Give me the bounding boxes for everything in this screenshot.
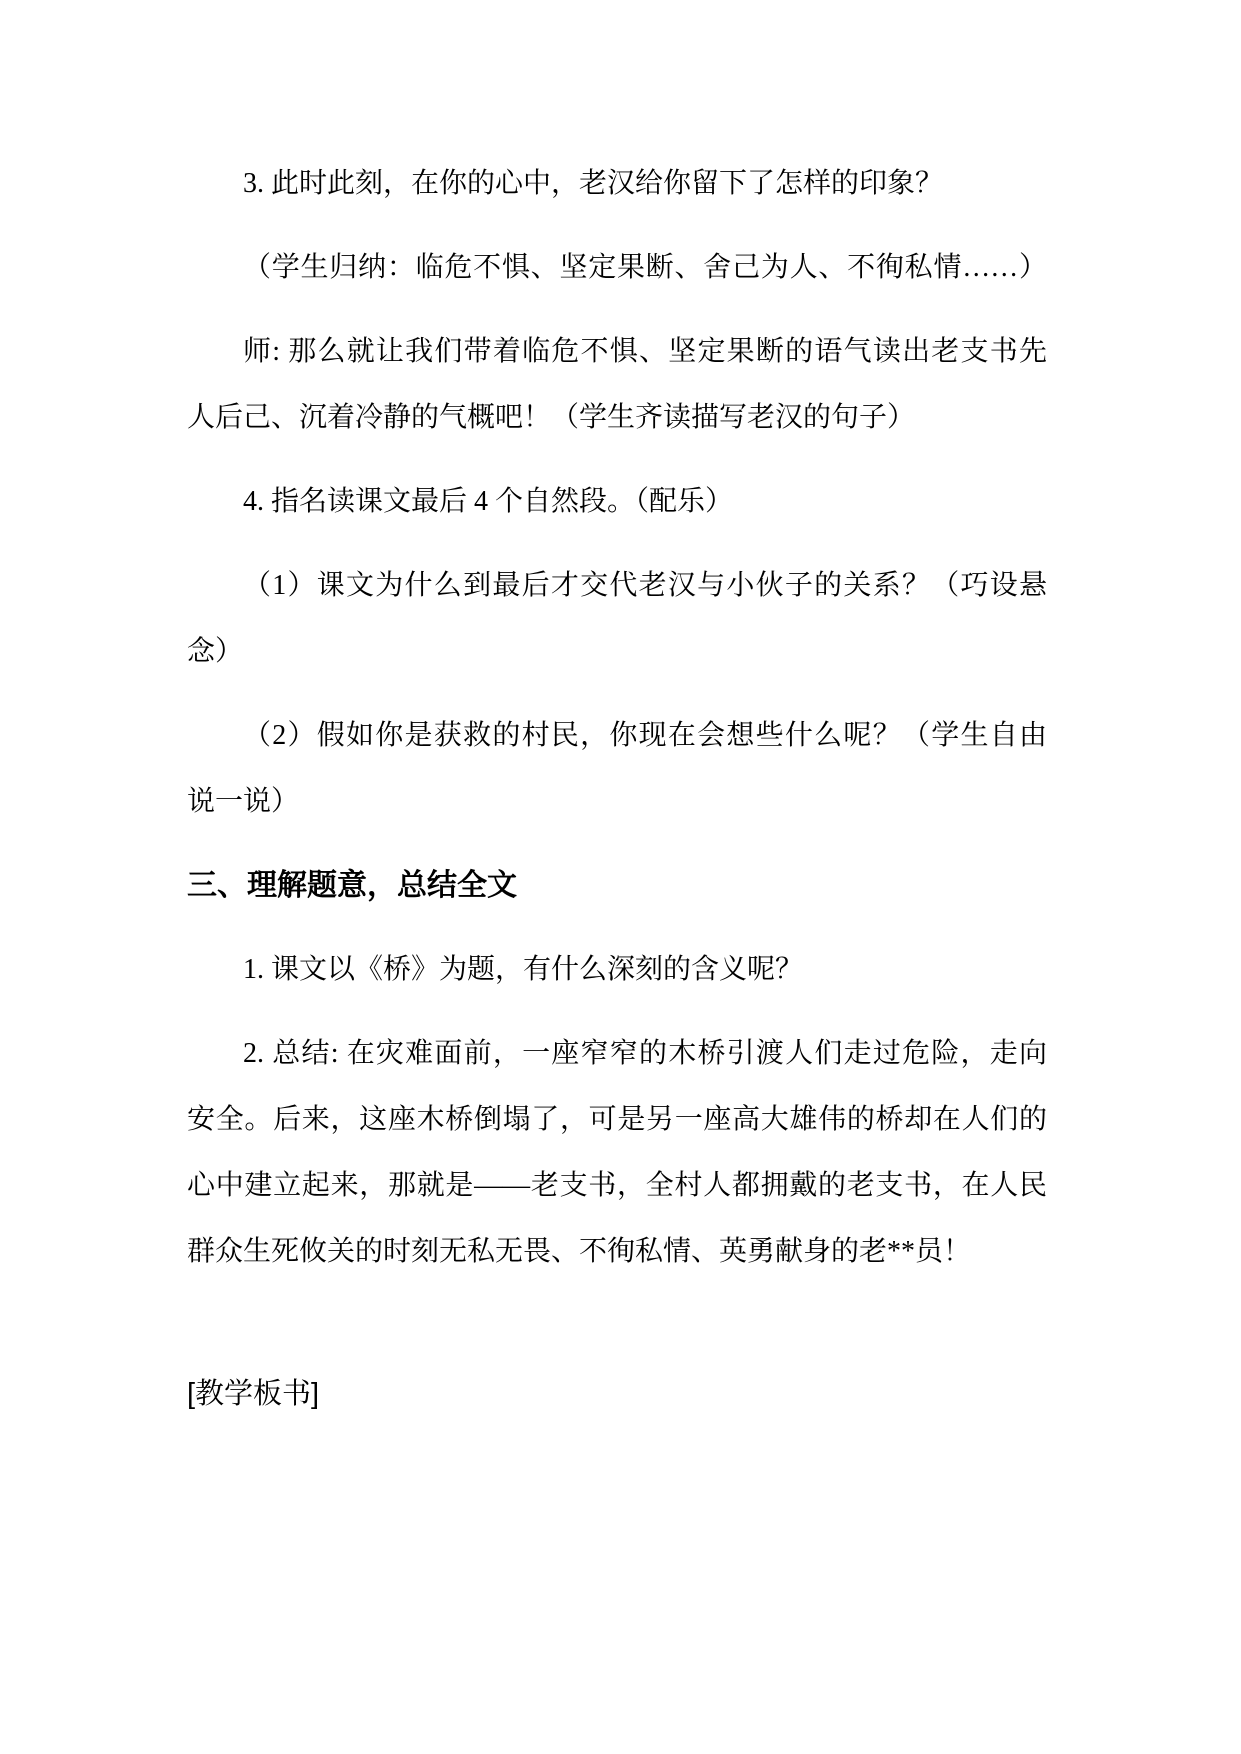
paragraph: 师: 那么就让我们带着临危不惧、坚定果断的语气读出老支书先 人后己、沉着冷静的气…	[187, 319, 1047, 451]
section-heading-text: 三、理解题意，总结全文	[187, 853, 1047, 919]
paragraph: （1）课文为什么到最后才交代老汉与小伙子的关系？（巧设悬 念）	[187, 553, 1047, 685]
paragraph: （2）假如你是获救的村民，你现在会想些什么呢？（学生自由 说一说）	[187, 703, 1047, 835]
paragraph: 3. 此时此刻，在你的心中，老汉给你留下了怎样的印象？	[187, 151, 1047, 217]
text-line: （2）假如你是获救的村民，你现在会想些什么呢？（学生自由	[187, 703, 1047, 769]
text-line: （1）课文为什么到最后才交代老汉与小伙子的关系？（巧设悬	[187, 553, 1047, 619]
text-line: 说一说）	[187, 769, 1047, 835]
text-line: 师: 那么就让我们带着临危不惧、坚定果断的语气读出老支书先	[187, 319, 1047, 385]
text-line: 3. 此时此刻，在你的心中，老汉给你留下了怎样的印象？	[187, 151, 1047, 217]
board-label-text: [教学板书]	[187, 1361, 1047, 1427]
section-heading: 三、理解题意，总结全文	[187, 853, 1047, 919]
text-line: 安全。后来，这座木桥倒塌了，可是另一座高大雄伟的桥却在人们的	[187, 1087, 1047, 1153]
text-line: 群众生死攸关的时刻无私无畏、不徇私情、英勇献身的老**员！	[187, 1219, 1047, 1285]
board-label: [教学板书]	[187, 1361, 1047, 1427]
text-line: 2. 总结: 在灾难面前，一座窄窄的木桥引渡人们走过危险，走向	[187, 1021, 1047, 1087]
paragraph: （学生归纳：临危不惧、坚定果断、舍己为人、不徇私情……）	[187, 235, 1047, 301]
paragraph: 4. 指名读课文最后 4 个自然段。（配乐）	[187, 469, 1047, 535]
text-line: 心中建立起来，那就是——老支书，全村人都拥戴的老支书，在人民	[187, 1153, 1047, 1219]
text-line: 4. 指名读课文最后 4 个自然段。（配乐）	[187, 469, 1047, 535]
text-line: 1. 课文以《桥》为题，有什么深刻的含义呢？	[187, 937, 1047, 1003]
paragraph: 1. 课文以《桥》为题，有什么深刻的含义呢？	[187, 937, 1047, 1003]
text-line: 念）	[187, 619, 1047, 685]
text-line: 人后己、沉着冷静的气概吧！（学生齐读描写老汉的句子）	[187, 385, 1047, 451]
paragraph: 2. 总结: 在灾难面前，一座窄窄的木桥引渡人们走过危险，走向 安全。后来，这座…	[187, 1021, 1047, 1285]
text-line: （学生归纳：临危不惧、坚定果断、舍己为人、不徇私情……）	[187, 235, 1047, 301]
document-page: 3. 此时此刻，在你的心中，老汉给你留下了怎样的印象？ （学生归纳：临危不惧、坚…	[0, 0, 1241, 1754]
